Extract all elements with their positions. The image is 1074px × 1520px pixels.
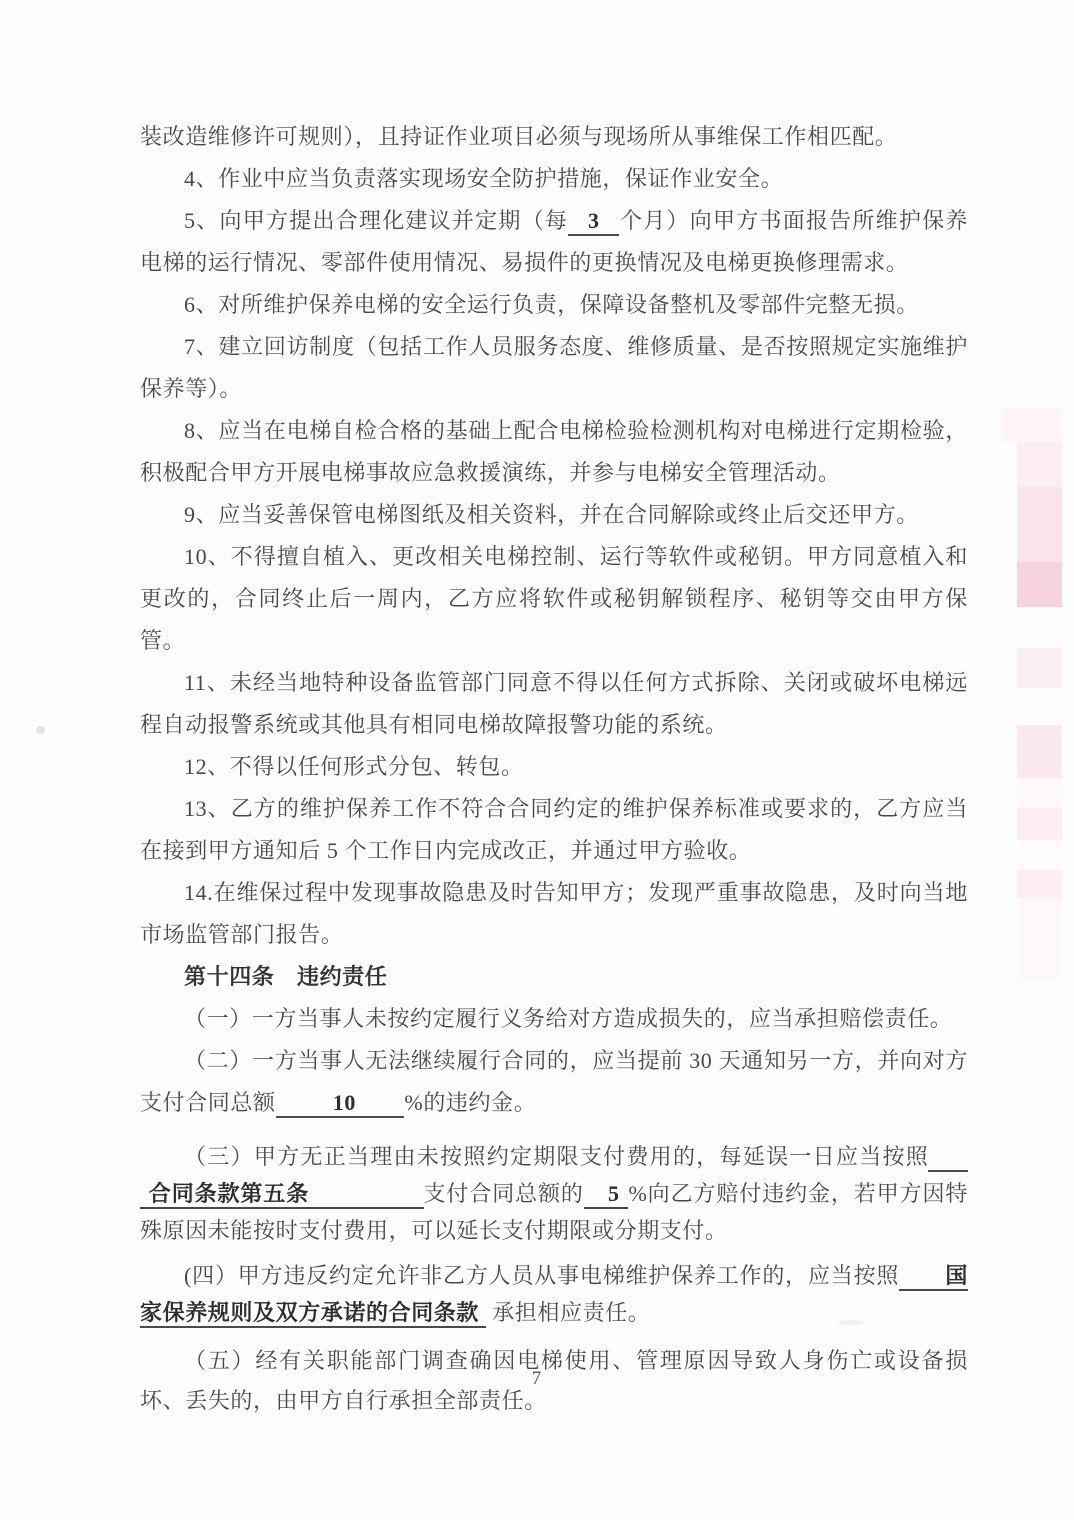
fill-in-blank: 3: [568, 208, 619, 236]
text-segment: 装改造维修许可规则），且持证作业项目必须与现场所从事维保工作相匹配。: [140, 124, 897, 149]
clause-3-continuation: 装改造维修许可规则），且持证作业项目必须与现场所从事维保工作相匹配。: [140, 116, 968, 158]
text-segment: 14.在维保过程中发现事故隐患及时告知甲方；发现严重事故隐患，及时向当地市场监管…: [140, 880, 968, 947]
text-segment: 5、向甲方提出合理化建议并定期（每: [184, 208, 568, 233]
text-segment: （一）一方当事人未按约定履行义务给对方造成损失的，应当承担赔偿责任。: [184, 1006, 952, 1031]
clause-8: 8、应当在电梯自检合格的基础上配合电梯检验检测机构对电梯进行定期检验，积极配合甲…: [140, 410, 968, 494]
article-14-item-1: （一）一方当事人未按约定履行义务给对方造成损失的，应当承担赔偿责任。: [140, 998, 968, 1040]
text-segment: 9、应当妥善保管电梯图纸及相关资料，并在合同解除或终止后交还甲方。: [184, 502, 919, 527]
article-14-item-3: （三）甲方无正当理由未按照约定期限支付费用的，每延误一日应当按照合同条款第五条支…: [140, 1138, 968, 1249]
clause-6: 6、对所维护保养电梯的安全运行负责，保障设备整机及零部件完整无损。: [140, 284, 968, 326]
fill-in-blank: 合同条款第五条: [140, 1181, 309, 1209]
fill-in-blank: [309, 1181, 423, 1209]
text-segment: 7、建立回访制度（包括工作人员服务态度、维修质量、是否按照规定实施维护保养等）。: [140, 334, 968, 401]
text-segment: 11、未经当地特种设备监管部门同意不得以任何方式拆除、关闭或破坏电梯远程自动报警…: [140, 670, 968, 737]
clause-13: 13、乙方的维护保养工作不符合合同约定的维护保养标准或要求的，乙方应当在接到甲方…: [140, 788, 968, 872]
scan-speck: [838, 1320, 864, 1325]
clause-4: 4、作业中应当负责落实现场安全防护措施，保证作业安全。: [140, 158, 968, 200]
text-segment: （二）一方当事人无法继续履行合同的，应当提前 30 天通知另一方，并向对方支付合…: [140, 1048, 968, 1115]
pink-bleed-block: [1017, 688, 1062, 725]
article-14-heading: 第十四条 违约责任: [140, 956, 968, 998]
page-number: 7: [0, 1368, 1074, 1390]
fill-in-blank: 10: [276, 1090, 405, 1118]
contract-page-7: 装改造维修许可规则），且持证作业项目必须与现场所从事维保工作相匹配。4、作业中应…: [0, 0, 1074, 1520]
pink-bleed-block: [1017, 607, 1062, 648]
pink-bleed-block: [1000, 407, 1062, 442]
pink-bleed-block: [1017, 898, 1062, 980]
article-14-item-2: （二）一方当事人无法继续履行合同的，应当提前 30 天通知另一方，并向对方支付合…: [140, 1040, 968, 1124]
text-segment: 12、不得以任何形式分包、转包。: [184, 754, 524, 779]
pink-bleed-block: [1017, 648, 1062, 688]
text-segment: 13、乙方的维护保养工作不符合合同约定的维护保养标准或要求的，乙方应当在接到甲方…: [140, 796, 968, 863]
scan-speck: [868, 1276, 882, 1281]
text-segment: 4、作业中应当负责落实现场安全防护措施，保证作业安全。: [184, 166, 783, 191]
pink-bleed-block: [1017, 725, 1062, 778]
text-segment: （三）甲方无正当理由未按照约定期限支付费用的，每延误一日应当按照: [184, 1144, 928, 1169]
pink-bleed-block: [1017, 778, 1062, 808]
text-segment: 承担相应责任。: [492, 1300, 650, 1325]
pink-bleed-block: [1017, 562, 1062, 607]
document-body: 装改造维修许可规则），且持证作业项目必须与现场所从事维保工作相匹配。4、作业中应…: [140, 116, 968, 1421]
text-segment: (四）甲方违反约定允许非乙方人员从事电梯维护保养工作的，应当按照: [184, 1263, 899, 1288]
fill-in-blank: [928, 1144, 968, 1172]
text-segment: 6、对所维护保养电梯的安全运行负责，保障设备整机及零部件完整无损。: [184, 292, 919, 317]
clause-7: 7、建立回访制度（包括工作人员服务态度、维修质量、是否按照规定实施维护保养等）。: [140, 326, 968, 410]
pink-bleed-block: [1017, 840, 1062, 870]
scan-speck: [36, 726, 45, 734]
text-segment: 支付合同总额的: [424, 1181, 584, 1206]
clause-9: 9、应当妥善保管电梯图纸及相关资料，并在合同解除或终止后交还甲方。: [140, 494, 968, 536]
pink-bleed-block: [1017, 487, 1062, 562]
pink-bleed-block: [1017, 808, 1062, 840]
clause-5: 5、向甲方提出合理化建议并定期（每3个月）向甲方书面报告所维护保养电梯的运行情况…: [140, 200, 968, 284]
clause-10: 10、不得擅自植入、更改相关电梯控制、运行等软件或秘钥。甲方同意植入和更改的，合…: [140, 536, 968, 662]
pink-bleed-block: [1017, 870, 1062, 898]
text-segment: 第十四条 违约责任: [184, 964, 387, 989]
text-segment: 10、不得擅自植入、更改相关电梯控制、运行等软件或秘钥。甲方同意植入和更改的，合…: [140, 544, 968, 653]
text-segment: 8、应当在电梯自检合格的基础上配合电梯检验检测机构对电梯进行定期检验，积极配合甲…: [140, 418, 968, 485]
pink-bleed-block: [1017, 442, 1062, 487]
fill-in-blank: [899, 1263, 939, 1291]
text-segment: %的违约金。: [404, 1090, 536, 1115]
clause-11: 11、未经当地特种设备监管部门同意不得以任何方式拆除、关闭或破坏电梯远程自动报警…: [140, 662, 968, 746]
clause-14: 14.在维保过程中发现事故隐患及时告知甲方；发现严重事故隐患，及时向当地市场监管…: [140, 872, 968, 956]
fill-in-blank: 5: [584, 1181, 629, 1209]
clause-12: 12、不得以任何形式分包、转包。: [140, 746, 968, 788]
